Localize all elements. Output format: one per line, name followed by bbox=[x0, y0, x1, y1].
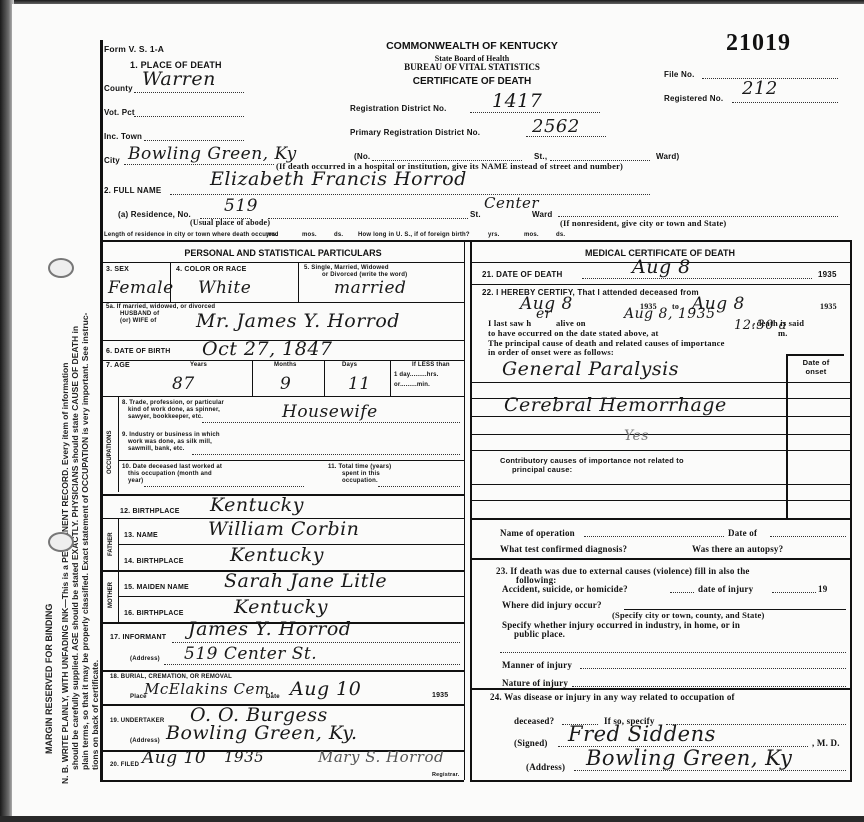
undertaker-address-label: (Address) bbox=[130, 738, 160, 744]
city-field bbox=[124, 164, 274, 165]
place-type-field bbox=[500, 652, 846, 653]
m-label: m. bbox=[778, 328, 788, 338]
trade-label-1: 8. Trade, profession, or particular bbox=[122, 400, 224, 406]
age-days-value: 11 bbox=[348, 374, 371, 394]
attended-to-year: 1935 bbox=[820, 302, 837, 311]
full-name-value: Elizabeth Francis Horrod bbox=[210, 168, 467, 190]
right-table-border bbox=[850, 240, 852, 780]
vot-pct-label: Vot. Pct bbox=[104, 108, 135, 117]
burial-date-label: Date bbox=[266, 694, 280, 700]
total-time-field bbox=[378, 486, 460, 487]
spouse-label-3: (or) WIFE of bbox=[120, 318, 156, 324]
mother-name-label: 15. MAIDEN NAME bbox=[124, 584, 189, 591]
county-field bbox=[134, 92, 244, 93]
commonwealth-title: COMMONWEALTH OF KENTUCKY bbox=[352, 40, 592, 52]
physician-signature: Fred Siddens bbox=[568, 722, 716, 746]
date-of-death-field bbox=[582, 278, 812, 279]
contrib-rule-1 bbox=[470, 484, 852, 485]
age-years-label: Years bbox=[190, 362, 207, 368]
last-worked-field bbox=[144, 486, 304, 487]
certificate-title: CERTIFICATE OF DEATH bbox=[352, 76, 592, 87]
less-day-label: 1 day.........hrs. bbox=[394, 372, 439, 378]
filed-label: 20. FILED bbox=[110, 762, 139, 768]
registered-no-field bbox=[732, 102, 838, 103]
industry-label-1: 9. Industry or business in which bbox=[122, 432, 220, 438]
cause-rule-4 bbox=[470, 434, 852, 435]
nonresident-note: (If nonresident, give city or town and S… bbox=[560, 218, 726, 228]
race-marital-divider bbox=[298, 262, 299, 302]
less-than-label: If LESS than bbox=[412, 362, 450, 368]
margin-reserved-text: MARGIN RESERVED FOR BINDING bbox=[44, 604, 54, 754]
age-days-label: Days bbox=[342, 362, 357, 368]
last-worked-label-2: this occupation (month and bbox=[128, 471, 212, 477]
registered-no-label: Registered No. bbox=[664, 94, 723, 103]
physician-address-field bbox=[574, 770, 846, 771]
sex-label: 3. SEX bbox=[106, 266, 129, 273]
age-divider-1 bbox=[252, 360, 253, 396]
informant-label: 17. INFORMANT bbox=[110, 634, 166, 641]
city-no-label: (No. bbox=[354, 152, 370, 161]
total-time-label-1: 11. Total time (years) bbox=[328, 464, 391, 470]
death-year: 1935 bbox=[818, 270, 837, 279]
age-divider-3 bbox=[390, 360, 391, 396]
race-label: 4. COLOR OR RACE bbox=[176, 266, 246, 273]
instructions-line-1: N. B. WRITE PLAINLY, WITH UNFADING INK—T… bbox=[60, 363, 70, 784]
race-value: White bbox=[198, 278, 251, 298]
father-name-label: 13. NAME bbox=[124, 532, 158, 539]
form-id: Form V. S. 1-A bbox=[104, 44, 164, 54]
registered-no-value: 212 bbox=[742, 78, 778, 99]
registration-district-label: Registration District No. bbox=[350, 104, 447, 113]
filed-date-value: Aug 10 bbox=[142, 748, 206, 768]
specify-city-note: (Specify city or town, county, and State… bbox=[612, 610, 765, 620]
instructions-line-4: tions on back of certificate. bbox=[90, 660, 100, 770]
medical-rule-3 bbox=[470, 688, 852, 690]
contrib-rule-2 bbox=[470, 500, 852, 501]
residence-street-field bbox=[268, 218, 468, 219]
injury-year-prefix: 19 bbox=[818, 584, 827, 594]
total-time-label-2: spent in this bbox=[342, 471, 380, 477]
operation-label: Name of operation bbox=[500, 528, 575, 538]
dob-label: 6. DATE OF BIRTH bbox=[106, 348, 171, 355]
full-name-field bbox=[170, 194, 650, 195]
date-of-death-value: Aug 8 bbox=[632, 256, 691, 278]
vot-pct-field bbox=[134, 116, 244, 117]
alive-on-label: alive on bbox=[556, 318, 586, 328]
cause-3-value: Yes bbox=[624, 428, 649, 444]
marital-value: married bbox=[334, 278, 406, 298]
length-mos: mos. bbox=[302, 232, 317, 238]
informant-address-value: 519 Center St. bbox=[184, 644, 317, 664]
row-rule-1 bbox=[100, 302, 464, 303]
binding-hole-top bbox=[48, 258, 74, 278]
sex-value: Female bbox=[108, 278, 174, 298]
medical-rule-2 bbox=[470, 558, 852, 560]
operation-field bbox=[584, 536, 724, 537]
inc-town-label: Inc. Town bbox=[104, 132, 142, 141]
mother-birthplace-label: 16. BIRTHPLACE bbox=[124, 610, 184, 617]
trade-value: Housewife bbox=[282, 402, 378, 422]
father-caption: FATHER bbox=[108, 532, 114, 556]
certificate-number: 21019 bbox=[726, 30, 791, 57]
autopsy-label: Was there an autopsy? bbox=[692, 544, 783, 554]
length-residence-label: Length of residence in city or town wher… bbox=[104, 232, 279, 238]
physician-address-value: Bowling Green, Ky bbox=[586, 746, 792, 770]
length-ds: ds. bbox=[334, 232, 343, 238]
last-saw-label: I last saw h bbox=[488, 318, 531, 328]
accident-label: Accident, suicide, or homicide? bbox=[502, 584, 628, 594]
nature-field bbox=[572, 686, 846, 687]
county-value: Warren bbox=[142, 68, 216, 90]
foreign-yrs: yrs. bbox=[488, 232, 499, 238]
burial-place-value: McElakins Cem. bbox=[144, 680, 275, 698]
margin-instructions: MARGIN RESERVED FOR BINDING N. B. WRITE … bbox=[36, 64, 106, 764]
marital-label-1: 5. Single, Married, Widowed bbox=[304, 265, 389, 271]
industry-field bbox=[192, 454, 460, 455]
signed-label: (Signed) bbox=[514, 738, 548, 748]
personal-title-rule bbox=[100, 262, 464, 263]
certify-label: 22. I HEREBY CERTIFY, That I attended de… bbox=[482, 288, 699, 297]
length-yrs: yrs. bbox=[266, 232, 277, 238]
city-st-label: St., bbox=[534, 152, 547, 161]
registration-district-value: 1417 bbox=[492, 90, 542, 112]
trade-label-3: sawyer, bookkeeper, etc. bbox=[128, 414, 203, 420]
foreign-ds: ds. bbox=[556, 232, 565, 238]
occupations-caption: OCCUPATIONS bbox=[107, 431, 113, 474]
industry-label-3: sawmill, bank, etc. bbox=[128, 446, 185, 452]
residence-no-value: 519 bbox=[224, 196, 258, 216]
residence-label: (a) Residence, No. bbox=[118, 210, 191, 219]
contributory-label-2: principal cause: bbox=[512, 465, 572, 474]
city-value: Bowling Green, Ky bbox=[128, 144, 297, 164]
county-label: County bbox=[104, 84, 133, 93]
total-time-label-3: occupation. bbox=[342, 478, 378, 484]
undertaker-label: 19. UNDERTAKER bbox=[110, 718, 164, 724]
row-rule-5 bbox=[118, 460, 464, 461]
spouse-label-2: HUSBAND of bbox=[120, 311, 159, 317]
occupations-divider bbox=[118, 396, 119, 492]
nature-label: Nature of injury bbox=[502, 678, 568, 688]
burial-date-value: Aug 10 bbox=[290, 678, 361, 700]
contributory-label-1: Contributory causes of importance not re… bbox=[500, 456, 684, 465]
spouse-value: Mr. James Y. Horrod bbox=[196, 310, 400, 332]
row-rule-4 bbox=[100, 396, 464, 397]
manner-label: Manner of injury bbox=[502, 660, 572, 670]
column-divider bbox=[470, 240, 472, 780]
file-no-label: File No. bbox=[664, 70, 695, 79]
informant-address-label: (Address) bbox=[130, 656, 160, 662]
certificate-sheet: MARGIN RESERVED FOR BINDING N. B. WRITE … bbox=[12, 4, 864, 822]
cause-rule-5 bbox=[470, 450, 852, 451]
personal-section-title: PERSONAL AND STATISTICAL PARTICULARS bbox=[104, 248, 462, 258]
md-label: , M. D. bbox=[812, 738, 840, 748]
occupation-related-label: 24. Was disease or injury in any way rel… bbox=[490, 692, 735, 702]
industry-label-2: work was done, as silk mill, bbox=[128, 439, 212, 445]
date-of-field bbox=[770, 536, 846, 537]
age-years-value: 87 bbox=[172, 374, 195, 394]
informant-value: James Y. Horrod bbox=[188, 618, 351, 640]
last-worked-label-3: year) bbox=[128, 478, 143, 484]
right-table-bottom bbox=[470, 780, 852, 782]
less-min-label: or.........min. bbox=[394, 382, 430, 388]
deceased-label: deceased? bbox=[514, 716, 554, 726]
age-months-label: Months bbox=[274, 362, 297, 368]
age-months-value: 9 bbox=[280, 374, 291, 394]
mother-birthplace-value: Kentucky bbox=[234, 596, 328, 618]
residence-ward-label: Ward bbox=[532, 210, 553, 219]
contrib-rule-3 bbox=[470, 518, 852, 520]
age-divider-2 bbox=[324, 360, 325, 396]
date-injury-label: date of injury bbox=[698, 584, 753, 594]
physician-address-label: (Address) bbox=[526, 762, 565, 772]
last-worked-label-1: 10. Date deceased last worked at bbox=[122, 464, 222, 470]
date-of-label: Date of bbox=[728, 528, 757, 538]
last-saw-pronoun: er bbox=[536, 306, 552, 322]
trade-label-2: kind of work done, as spinner, bbox=[128, 407, 220, 413]
mother-caption: MOTHER bbox=[108, 582, 114, 608]
mother-name-value: Sarah Jane Litle bbox=[224, 570, 387, 592]
birthplace-label: 12. BIRTHPLACE bbox=[120, 508, 180, 515]
left-table-border bbox=[464, 240, 465, 780]
row-rule-3 bbox=[100, 360, 464, 361]
dob-value: Oct 27, 1847 bbox=[202, 338, 333, 360]
table-top-border bbox=[100, 240, 852, 242]
instructions-line-2: should be carefully supplied. AGE should… bbox=[70, 326, 80, 770]
usual-place-note: (Usual place of abode) bbox=[190, 218, 270, 227]
full-name-label: 2. FULL NAME bbox=[104, 186, 161, 195]
residence-st-label: St. bbox=[470, 210, 481, 219]
informant-field bbox=[172, 642, 460, 643]
city-ward-label: Ward) bbox=[656, 152, 679, 161]
inc-town-field bbox=[144, 140, 244, 141]
registrar-signature: Mary S. Horrod bbox=[318, 748, 444, 766]
city-label: City bbox=[104, 156, 120, 165]
manner-field bbox=[580, 668, 846, 669]
left-table-bottom bbox=[100, 780, 464, 782]
scan-edge-bottom bbox=[0, 816, 864, 822]
date-injury-field bbox=[772, 592, 816, 593]
cause-2-value: Cerebral Hemorrhage bbox=[504, 394, 727, 416]
cause-rule-1 bbox=[470, 382, 852, 383]
undertaker-address-value: Bowling Green, Ky. bbox=[166, 722, 358, 744]
binding-hole-bottom bbox=[48, 532, 74, 552]
residence-street-value: Center bbox=[484, 194, 539, 212]
informant-address-field bbox=[164, 664, 460, 665]
age-label: 7. AGE bbox=[106, 362, 130, 369]
birthplace-value: Kentucky bbox=[210, 494, 304, 516]
where-injury-label: Where did injury occur? bbox=[502, 600, 602, 610]
medical-rule-1 bbox=[470, 284, 852, 285]
last-saw-date: Aug 8, 1935 bbox=[624, 306, 715, 322]
cause-1-value: General Paralysis bbox=[502, 358, 679, 380]
test-label: What test confirmed diagnosis? bbox=[500, 544, 627, 554]
row-rule-12 bbox=[100, 670, 464, 672]
filed-year-value: 1935 bbox=[224, 748, 264, 766]
instructions-line-3: plain terms, so that it may be properly … bbox=[80, 313, 90, 770]
registrar-label: Registrar. bbox=[432, 772, 459, 778]
foreign-birth-label: How long in U. S., if of foreign birth? bbox=[358, 232, 470, 238]
foreign-mos: mos. bbox=[524, 232, 539, 238]
trade-field bbox=[202, 422, 460, 423]
principal-cause-label-2: in order of onset were as follows: bbox=[488, 347, 614, 357]
father-birthplace-label: 14. BIRTHPLACE bbox=[124, 558, 184, 565]
accident-field bbox=[670, 592, 694, 593]
primary-district-value: 2562 bbox=[532, 116, 580, 137]
residence-ward-field bbox=[558, 216, 838, 217]
father-birthplace-value: Kentucky bbox=[230, 544, 324, 566]
cause-rule-3 bbox=[470, 416, 852, 417]
registration-district-field bbox=[470, 112, 600, 113]
date-of-onset-label: Date of onset bbox=[794, 358, 838, 376]
specify-whether-2: public place. bbox=[514, 629, 565, 639]
father-name-value: William Corbin bbox=[208, 518, 359, 540]
primary-district-label: Primary Registration District No. bbox=[350, 128, 480, 137]
date-of-onset-column bbox=[786, 354, 844, 520]
occurred-label: to have occurred on the date stated abov… bbox=[488, 328, 659, 338]
burial-year: 1935 bbox=[432, 692, 448, 699]
date-of-death-label: 21. DATE OF DEATH bbox=[482, 270, 562, 279]
bureau-subtitle: BUREAU OF VITAL STATISTICS bbox=[352, 62, 592, 72]
